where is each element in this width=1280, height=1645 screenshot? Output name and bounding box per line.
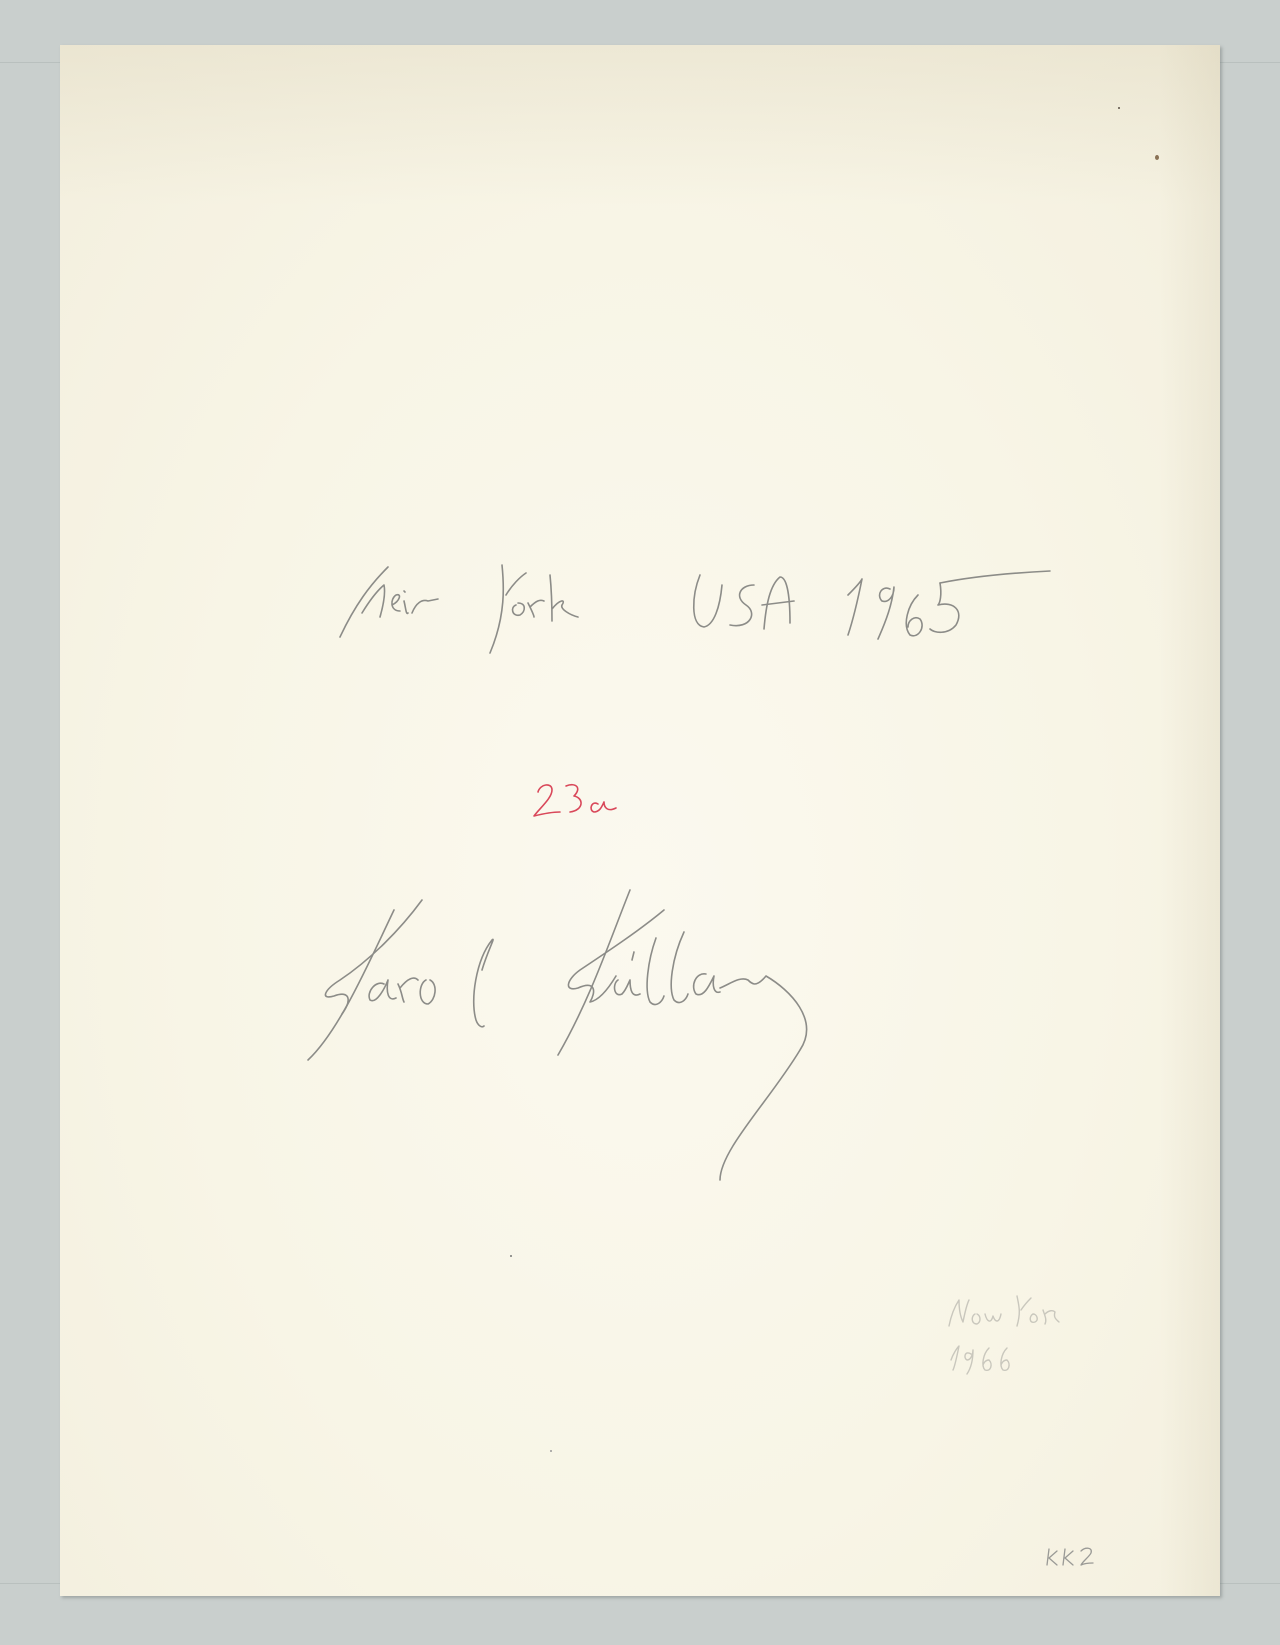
corner-code-handwriting — [1045, 1545, 1105, 1569]
location-date-handwriting — [330, 555, 1090, 665]
corner-code-text: KK2 — [0, 0, 1, 1]
faint-note-handwriting — [945, 1290, 1085, 1390]
faint-note-line1: New York — [0, 0, 1, 1]
paper-speck — [510, 1255, 512, 1257]
inventory-number-text: 23a — [0, 0, 1, 1]
signature-text: Karol Kállay — [0, 0, 1, 1]
location-date-text: New York USA 1965 — [0, 0, 1, 1]
paper-speck — [550, 1450, 552, 1452]
inventory-number-handwriting — [530, 778, 640, 828]
paper-stain — [1155, 155, 1159, 160]
signature-handwriting — [300, 880, 1020, 1180]
faint-note-line2: 1966 — [0, 0, 1, 1]
paper-aging-top — [60, 45, 1220, 205]
paper-aging-right — [1160, 45, 1220, 1596]
paper-speck — [1118, 107, 1120, 109]
